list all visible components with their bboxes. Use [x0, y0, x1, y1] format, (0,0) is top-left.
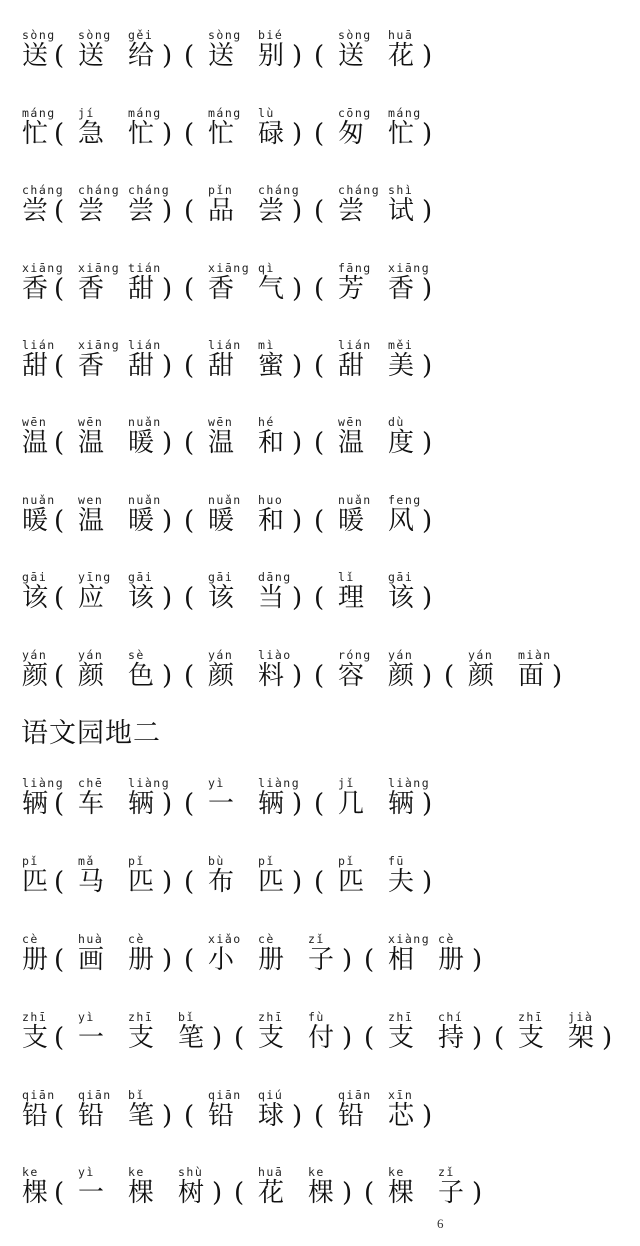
vocab-row: lián甜(xiāng香lián甜)(lián甜mì蜜)(lián甜měi美)	[0, 338, 640, 398]
hanzi: 车	[78, 788, 104, 820]
hanzi: 送	[78, 40, 104, 72]
hanzi: 该	[208, 582, 234, 614]
open-paren: (	[364, 1177, 374, 1209]
vocab-row: qiān铅(qiān铅bǐ笔)(qiān铅qiú球)(qiān铅xīn芯)	[0, 1088, 640, 1148]
hanzi: 芳	[338, 273, 364, 305]
hanzi: 画	[78, 944, 104, 976]
hanzi: 温	[22, 427, 48, 459]
hanzi: 笔	[178, 1022, 204, 1054]
hanzi: 铅	[78, 1100, 104, 1132]
hanzi: 铅	[338, 1100, 364, 1132]
open-paren: (	[184, 195, 194, 227]
vocab-row: nuǎn暖(wen温nuǎn暖)(nuǎn暖huo和)(nuǎn暖feng风)	[0, 493, 640, 553]
close-paren: )	[422, 660, 432, 692]
hanzi: 该	[128, 582, 154, 614]
open-paren: (	[314, 505, 324, 537]
open-paren: (	[184, 118, 194, 150]
hanzi: 甜	[128, 273, 154, 305]
hanzi: 支	[388, 1022, 414, 1054]
close-paren: )	[422, 866, 432, 898]
close-paren: )	[422, 195, 432, 227]
close-paren: )	[292, 195, 302, 227]
hanzi: 付	[308, 1022, 334, 1054]
hanzi: 试	[388, 195, 414, 227]
close-paren: )	[422, 582, 432, 614]
hanzi: 甜	[338, 350, 364, 382]
hanzi: 面	[518, 660, 544, 692]
hanzi: 匆	[338, 118, 364, 150]
open-paren: (	[314, 427, 324, 459]
hanzi: 忙	[208, 118, 234, 150]
hanzi: 马	[78, 866, 104, 898]
hanzi: 温	[78, 505, 104, 537]
hanzi: 匹	[22, 866, 48, 898]
open-paren: (	[54, 866, 64, 898]
vocab-row: sòng送(sòng送gěi给)(sòng送bié别)(sòng送huā花)	[0, 28, 640, 88]
hanzi: 甜	[22, 350, 48, 382]
open-paren: (	[184, 273, 194, 305]
open-paren: (	[364, 944, 374, 976]
hanzi: 暖	[128, 427, 154, 459]
close-paren: )	[292, 118, 302, 150]
open-paren: (	[364, 1022, 374, 1054]
hanzi: 料	[258, 660, 284, 692]
open-paren: (	[54, 1177, 64, 1209]
open-paren: (	[54, 427, 64, 459]
close-paren: )	[472, 944, 482, 976]
hanzi: 棵	[308, 1177, 334, 1209]
close-paren: )	[162, 944, 172, 976]
hanzi: 匹	[128, 866, 154, 898]
hanzi: 架	[568, 1022, 594, 1054]
hanzi: 花	[258, 1177, 284, 1209]
open-paren: (	[314, 788, 324, 820]
close-paren: )	[162, 427, 172, 459]
close-paren: )	[162, 582, 172, 614]
hanzi: 棵	[22, 1177, 48, 1209]
close-paren: )	[162, 788, 172, 820]
hanzi: 支	[258, 1022, 284, 1054]
hanzi: 容	[338, 660, 364, 692]
hanzi: 册	[128, 944, 154, 976]
vocab-row: gāi该(yīng应gāi该)(gāi该dāng当)(lǐ理gāi该)	[0, 570, 640, 630]
hanzi: 颜	[388, 660, 414, 692]
close-paren: )	[292, 866, 302, 898]
close-paren: )	[292, 788, 302, 820]
hanzi: 几	[338, 788, 364, 820]
vocab-row: cè册(huà画cè册)(xiǎo小cè册zǐ子)(xiàng相cè册)	[0, 932, 640, 992]
hanzi: 匹	[258, 866, 284, 898]
hanzi: 棵	[388, 1177, 414, 1209]
open-paren: (	[314, 195, 324, 227]
open-paren: (	[314, 118, 324, 150]
hanzi: 铅	[208, 1100, 234, 1132]
hanzi: 匹	[338, 866, 364, 898]
open-paren: (	[184, 944, 194, 976]
close-paren: )	[162, 118, 172, 150]
close-paren: )	[162, 40, 172, 72]
hanzi: 颜	[78, 660, 104, 692]
close-paren: )	[472, 1177, 482, 1209]
close-paren: )	[342, 1022, 352, 1054]
open-paren: (	[184, 427, 194, 459]
hanzi: 辆	[258, 788, 284, 820]
hanzi: 尝	[258, 195, 284, 227]
open-paren: (	[54, 350, 64, 382]
hanzi: 香	[208, 273, 234, 305]
hanzi: 芯	[388, 1100, 414, 1132]
hanzi: 当	[258, 582, 284, 614]
open-paren: (	[314, 350, 324, 382]
hanzi: 一	[208, 788, 234, 820]
open-paren: (	[184, 505, 194, 537]
close-paren: )	[472, 1022, 482, 1054]
hanzi: 铅	[22, 1100, 48, 1132]
hanzi: 和	[258, 505, 284, 537]
close-paren: )	[292, 505, 302, 537]
open-paren: (	[184, 866, 194, 898]
hanzi: 暖	[208, 505, 234, 537]
hanzi: 品	[208, 195, 234, 227]
hanzi: 该	[388, 582, 414, 614]
vocab-row: liàng辆(chē车liàng辆)(yì一liàng辆)(jǐ几liàng辆)	[0, 776, 640, 836]
close-paren: )	[212, 1022, 222, 1054]
hanzi: 球	[258, 1100, 284, 1132]
hanzi: 尝	[78, 195, 104, 227]
close-paren: )	[552, 660, 562, 692]
hanzi: 给	[128, 40, 154, 72]
close-paren: )	[422, 350, 432, 382]
hanzi: 温	[78, 427, 104, 459]
hanzi: 一	[78, 1022, 104, 1054]
hanzi: 树	[178, 1177, 204, 1209]
hanzi: 尝	[22, 195, 48, 227]
hanzi: 应	[78, 582, 104, 614]
hanzi: 颜	[468, 660, 494, 692]
open-paren: (	[54, 505, 64, 537]
hanzi: 温	[208, 427, 234, 459]
open-paren: (	[54, 118, 64, 150]
hanzi: 送	[338, 40, 364, 72]
hanzi: 颜	[208, 660, 234, 692]
hanzi: 尝	[128, 195, 154, 227]
open-paren: (	[184, 1100, 194, 1132]
close-paren: )	[342, 944, 352, 976]
hanzi: 支	[22, 1022, 48, 1054]
close-paren: )	[422, 40, 432, 72]
hanzi: 忙	[388, 118, 414, 150]
open-paren: (	[314, 582, 324, 614]
hanzi: 理	[338, 582, 364, 614]
hanzi: 美	[388, 350, 414, 382]
vocab-row: zhī支(yì一zhī支bǐ笔)(zhī支fù付)(zhī支chí持)(zhī支…	[0, 1010, 640, 1070]
vocab-row: wēn温(wēn温nuǎn暖)(wēn温hé和)(wēn温dù度)	[0, 415, 640, 475]
open-paren: (	[184, 788, 194, 820]
close-paren: )	[162, 505, 172, 537]
hanzi: 辆	[22, 788, 48, 820]
vocab-row: yán颜(yán颜sè色)(yán颜liào料)(róng容yán颜)(yán颜…	[0, 648, 640, 708]
open-paren: (	[314, 866, 324, 898]
close-paren: )	[342, 1177, 352, 1209]
hanzi: 棵	[128, 1177, 154, 1209]
hanzi: 色	[128, 660, 154, 692]
open-paren: (	[54, 195, 64, 227]
hanzi: 子	[308, 944, 334, 976]
hanzi: 笔	[128, 1100, 154, 1132]
hanzi: 辆	[128, 788, 154, 820]
hanzi: 一	[78, 1177, 104, 1209]
hanzi: 册	[22, 944, 48, 976]
hanzi: 颜	[22, 660, 48, 692]
hanzi: 蜜	[258, 350, 284, 382]
open-paren: (	[54, 582, 64, 614]
vocab-row: máng忙(jí急máng忙)(máng忙lù碌)(cōng匆máng忙)	[0, 106, 640, 166]
section-heading: 语文园地二	[21, 716, 161, 752]
hanzi: 支	[128, 1022, 154, 1054]
vocab-row: cháng尝(cháng尝cháng尝)(pǐn品cháng尝)(cháng尝s…	[0, 183, 640, 243]
open-paren: (	[314, 273, 324, 305]
open-paren: (	[314, 1100, 324, 1132]
open-paren: (	[54, 40, 64, 72]
open-paren: (	[494, 1022, 504, 1054]
open-paren: (	[54, 660, 64, 692]
close-paren: )	[212, 1177, 222, 1209]
hanzi: 香	[78, 273, 104, 305]
close-paren: )	[422, 273, 432, 305]
hanzi: 甜	[128, 350, 154, 382]
hanzi: 送	[208, 40, 234, 72]
close-paren: )	[422, 505, 432, 537]
close-paren: )	[422, 788, 432, 820]
hanzi: 甜	[208, 350, 234, 382]
hanzi: 小	[208, 944, 234, 976]
hanzi: 香	[78, 350, 104, 382]
close-paren: )	[162, 866, 172, 898]
close-paren: )	[162, 1100, 172, 1132]
open-paren: (	[184, 582, 194, 614]
hanzi: 香	[22, 273, 48, 305]
open-paren: (	[314, 660, 324, 692]
hanzi: 花	[388, 40, 414, 72]
close-paren: )	[292, 350, 302, 382]
hanzi: 度	[388, 427, 414, 459]
close-paren: )	[162, 273, 172, 305]
close-paren: )	[292, 660, 302, 692]
open-paren: (	[54, 1100, 64, 1132]
hanzi: 子	[438, 1177, 464, 1209]
open-paren: (	[54, 944, 64, 976]
close-paren: )	[422, 427, 432, 459]
open-paren: (	[184, 40, 194, 72]
open-paren: (	[234, 1022, 244, 1054]
hanzi: 相	[388, 944, 414, 976]
hanzi: 忙	[22, 118, 48, 150]
close-paren: )	[162, 660, 172, 692]
hanzi: 夫	[388, 866, 414, 898]
hanzi: 温	[338, 427, 364, 459]
close-paren: )	[162, 195, 172, 227]
close-paren: )	[292, 427, 302, 459]
close-paren: )	[422, 118, 432, 150]
close-paren: )	[292, 582, 302, 614]
hanzi: 该	[22, 582, 48, 614]
hanzi: 急	[78, 118, 104, 150]
close-paren: )	[292, 40, 302, 72]
hanzi: 暖	[22, 505, 48, 537]
hanzi: 风	[388, 505, 414, 537]
hanzi: 持	[438, 1022, 464, 1054]
open-paren: (	[444, 660, 454, 692]
open-paren: (	[54, 273, 64, 305]
hanzi: 辆	[388, 788, 414, 820]
hanzi: 和	[258, 427, 284, 459]
hanzi: 暖	[128, 505, 154, 537]
hanzi: 忙	[128, 118, 154, 150]
open-paren: (	[54, 1022, 64, 1054]
vocab-row: pǐ匹(mǎ马pǐ匹)(bù布pǐ匹)(pǐ匹fū夫)	[0, 854, 640, 914]
hanzi: 送	[22, 40, 48, 72]
open-paren: (	[314, 40, 324, 72]
hanzi: 碌	[258, 118, 284, 150]
page-number: 6	[437, 1216, 444, 1232]
open-paren: (	[184, 350, 194, 382]
close-paren: )	[602, 1022, 612, 1054]
hanzi: 别	[258, 40, 284, 72]
vocab-row: ke棵(yì一ke棵shù树)(huā花ke棵)(ke棵zǐ子)	[0, 1165, 640, 1225]
open-paren: (	[234, 1177, 244, 1209]
hanzi: 气	[258, 273, 284, 305]
hanzi: 支	[518, 1022, 544, 1054]
close-paren: )	[422, 1100, 432, 1132]
hanzi: 暖	[338, 505, 364, 537]
hanzi: 布	[208, 866, 234, 898]
open-paren: (	[184, 660, 194, 692]
close-paren: )	[292, 273, 302, 305]
open-paren: (	[54, 788, 64, 820]
vocab-row: xiāng香(xiāng香tián甜)(xiāng香qì气)(fāng芳xiān…	[0, 261, 640, 321]
close-paren: )	[162, 350, 172, 382]
hanzi: 册	[438, 944, 464, 976]
close-paren: )	[292, 1100, 302, 1132]
hanzi: 册	[258, 944, 284, 976]
hanzi: 香	[388, 273, 414, 305]
hanzi: 尝	[338, 195, 364, 227]
